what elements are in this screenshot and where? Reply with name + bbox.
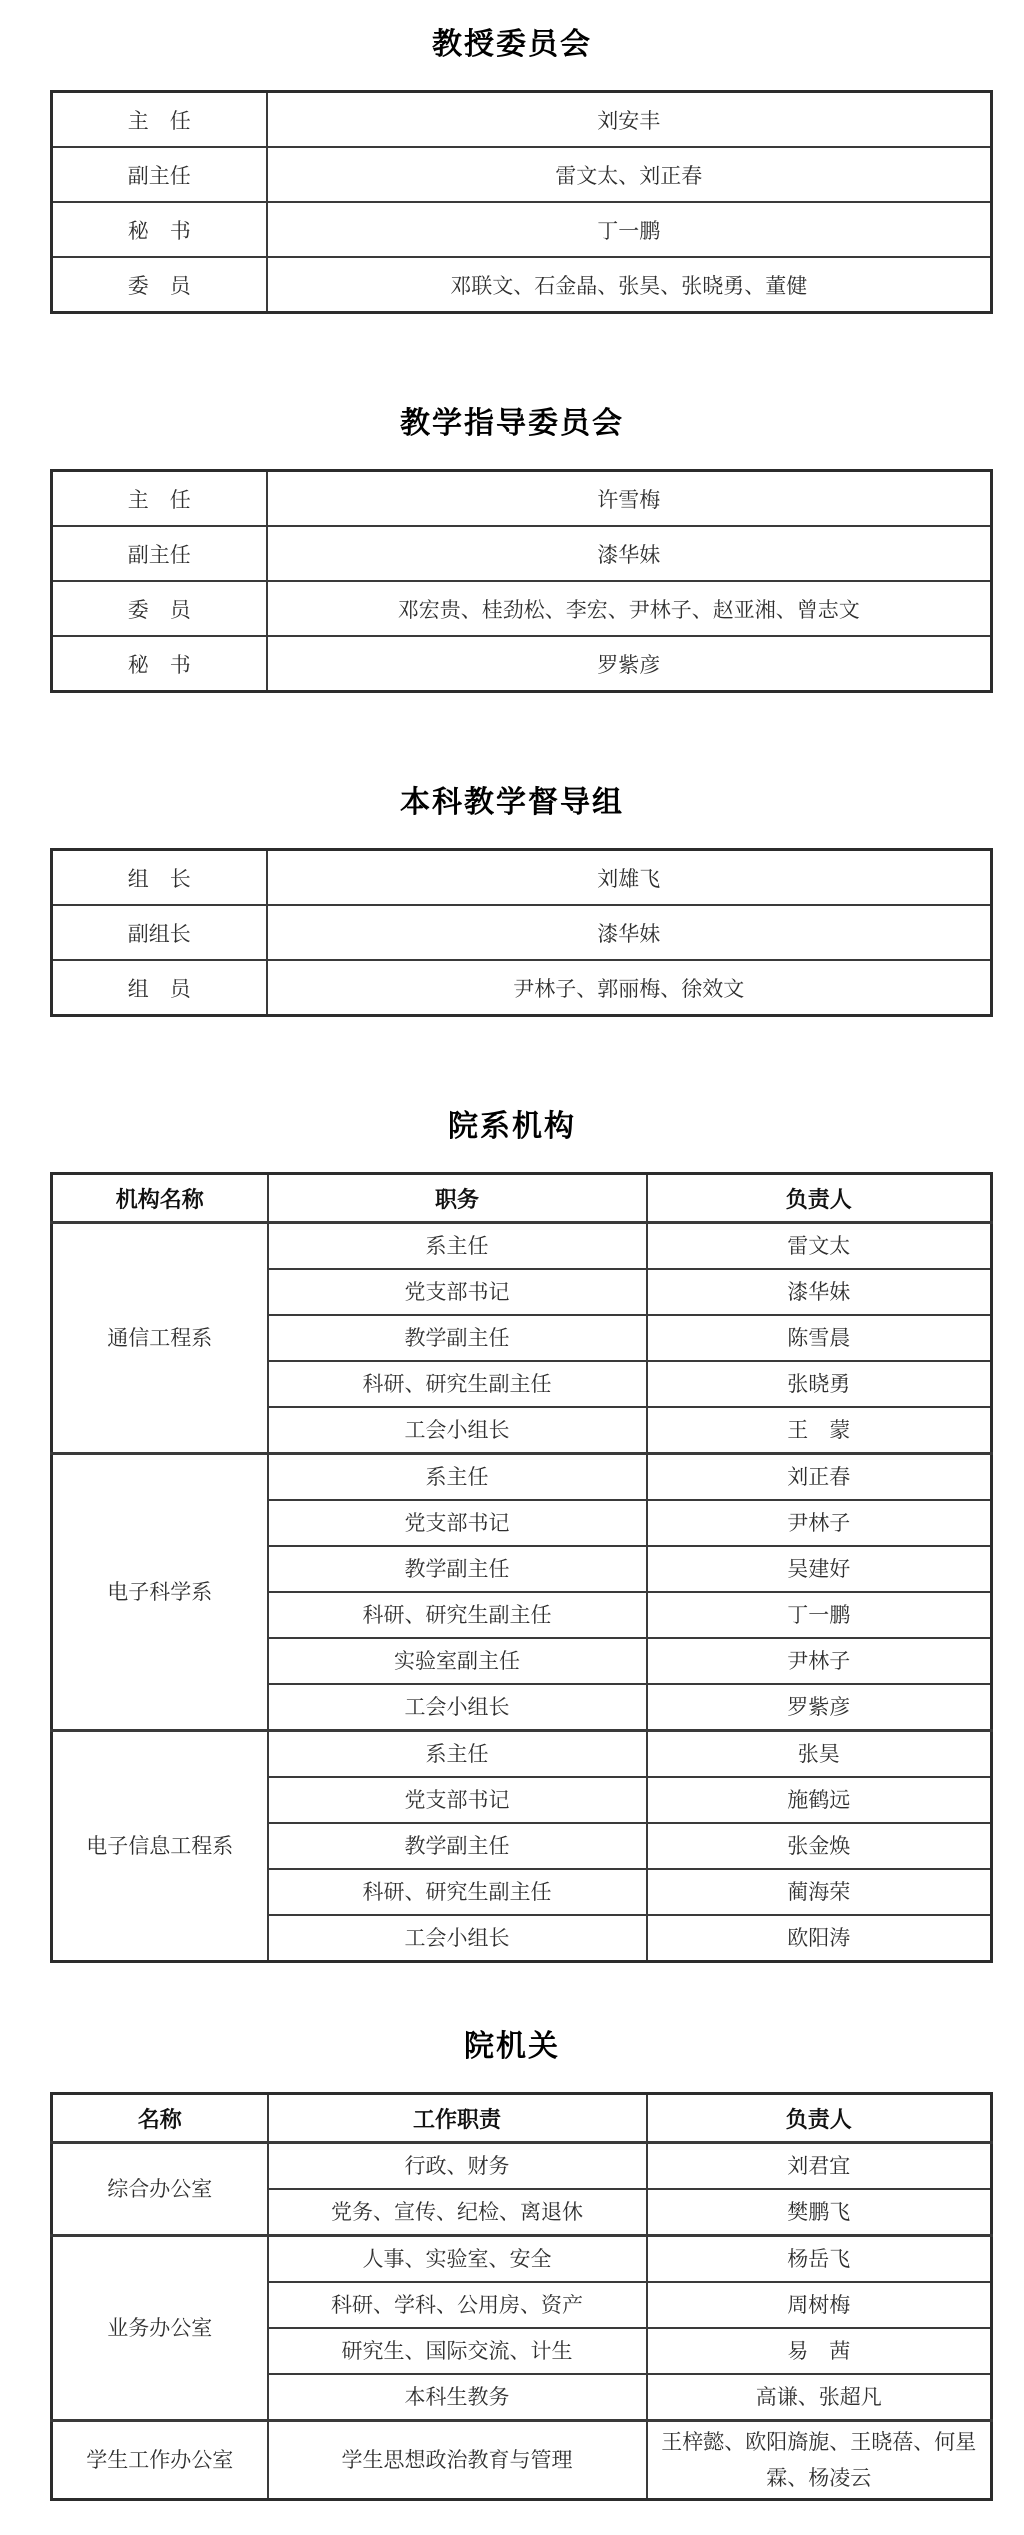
section-college-offices: 院机关名称工作职责负责人综合办公室行政、财务刘君宜党务、宣传、纪检、离退休樊鹏飞… <box>0 2029 1024 2501</box>
header-row: 名称工作职责负责人 <box>52 2094 992 2143</box>
org-structure-document: 教授委员会主 任刘安丰副主任雷文太、刘正春秘 书丁一鹏委 员邓联文、石金晶、张昊… <box>0 0 1024 2535</box>
row-value: 刘雄飞 <box>267 850 992 906</box>
department-organizations-table: 机构名称职务负责人通信工程系系主任雷文太党支部书记漆华妹教学副主任陈雪晨科研、研… <box>50 1172 993 1963</box>
person-cell: 尹林子 <box>647 1500 992 1546</box>
person-cell: 刘君宜 <box>647 2143 992 2190</box>
duty-cell: 工会小组长 <box>268 1684 647 1731</box>
row-value: 邓宏贵、桂劲松、李宏、尹林子、赵亚湘、曾志文 <box>267 581 992 636</box>
section-title-college-offices: 院机关 <box>0 2029 1024 2065</box>
duty-cell: 工会小组长 <box>268 1407 647 1454</box>
undergraduate-supervision-group-table: 组 长刘雄飞副组长漆华妹组 员尹林子、郭丽梅、徐效文 <box>50 848 993 1017</box>
person-cell: 张晓勇 <box>647 1361 992 1407</box>
person-cell: 周树梅 <box>647 2282 992 2328</box>
duty-cell: 科研、研究生副主任 <box>268 1592 647 1638</box>
duty-cell: 科研、研究生副主任 <box>268 1869 647 1915</box>
row-label: 组 员 <box>52 960 267 1016</box>
table-row: 学生工作办公室学生思想政治教育与管理王梓懿、欧阳旖旎、王晓蓓、何星霖、杨凌云 <box>52 2421 992 2500</box>
duty-cell: 系主任 <box>268 1223 647 1270</box>
section-department-organizations: 院系机构机构名称职务负责人通信工程系系主任雷文太党支部书记漆华妹教学副主任陈雪晨… <box>0 1109 1024 1963</box>
row-value: 雷文太、刘正春 <box>267 147 992 202</box>
org-name-cell: 业务办公室 <box>52 2236 268 2421</box>
header-row: 机构名称职务负责人 <box>52 1174 992 1223</box>
duty-cell: 科研、研究生副主任 <box>268 1361 647 1407</box>
row-value: 刘安丰 <box>267 92 992 148</box>
person-cell: 吴建好 <box>647 1546 992 1592</box>
duty-cell: 教学副主任 <box>268 1315 647 1361</box>
person-cell: 陈雪晨 <box>647 1315 992 1361</box>
section-title-undergraduate-supervision-group: 本科教学督导组 <box>0 785 1024 821</box>
row-label: 主 任 <box>52 92 267 148</box>
section-undergraduate-supervision-group: 本科教学督导组组 长刘雄飞副组长漆华妹组 员尹林子、郭丽梅、徐效文 <box>0 785 1024 1017</box>
section-teaching-guidance-committee: 教学指导委员会主 任许雪梅副主任漆华妹委 员邓宏贵、桂劲松、李宏、尹林子、赵亚湘… <box>0 406 1024 693</box>
column-header: 负责人 <box>647 2094 992 2143</box>
row-label: 秘 书 <box>52 202 267 257</box>
teaching-guidance-committee-table: 主 任许雪梅副主任漆华妹委 员邓宏贵、桂劲松、李宏、尹林子、赵亚湘、曾志文秘 书… <box>50 469 993 693</box>
duty-cell: 党支部书记 <box>268 1777 647 1823</box>
org-name-cell: 综合办公室 <box>52 2143 268 2236</box>
person-cell: 张金焕 <box>647 1823 992 1869</box>
row-value: 丁一鹏 <box>267 202 992 257</box>
person-cell: 罗紫彦 <box>647 1684 992 1731</box>
row-value: 尹林子、郭丽梅、徐效文 <box>267 960 992 1016</box>
duty-cell: 本科生教务 <box>268 2374 647 2421</box>
table-row: 电子科学系系主任刘正春 <box>52 1454 992 1501</box>
duty-cell: 学生思想政治教育与管理 <box>268 2421 647 2500</box>
org-name-cell: 电子科学系 <box>52 1454 268 1731</box>
table-row: 主 任许雪梅 <box>52 471 992 527</box>
duty-cell: 教学副主任 <box>268 1823 647 1869</box>
table-row: 副主任漆华妹 <box>52 526 992 581</box>
duty-cell: 人事、实验室、安全 <box>268 2236 647 2283</box>
duty-cell: 党支部书记 <box>268 1500 647 1546</box>
row-label: 组 长 <box>52 850 267 906</box>
org-name-cell: 电子信息工程系 <box>52 1731 268 1962</box>
org-name-cell: 学生工作办公室 <box>52 2421 268 2500</box>
duty-cell: 教学副主任 <box>268 1546 647 1592</box>
person-cell: 丁一鹏 <box>647 1592 992 1638</box>
row-label: 副主任 <box>52 147 267 202</box>
row-value: 许雪梅 <box>267 471 992 527</box>
row-value: 邓联文、石金晶、张昊、张晓勇、董健 <box>267 257 992 313</box>
person-cell: 欧阳涛 <box>647 1915 992 1962</box>
table-row: 电子信息工程系系主任张昊 <box>52 1731 992 1778</box>
duty-cell: 系主任 <box>268 1731 647 1778</box>
duty-cell: 科研、学科、公用房、资产 <box>268 2282 647 2328</box>
duty-cell: 实验室副主任 <box>268 1638 647 1684</box>
person-cell: 刘正春 <box>647 1454 992 1501</box>
table-row: 综合办公室行政、财务刘君宜 <box>52 2143 992 2190</box>
table-row: 主 任刘安丰 <box>52 92 992 148</box>
section-title-professor-committee: 教授委员会 <box>0 27 1024 63</box>
table-row: 副主任雷文太、刘正春 <box>52 147 992 202</box>
person-cell: 杨岳飞 <box>647 2236 992 2283</box>
row-label: 副主任 <box>52 526 267 581</box>
college-offices-table: 名称工作职责负责人综合办公室行政、财务刘君宜党务、宣传、纪检、离退休樊鹏飞业务办… <box>50 2092 993 2501</box>
column-header: 工作职责 <box>268 2094 647 2143</box>
person-cell: 王梓懿、欧阳旖旎、王晓蓓、何星霖、杨凌云 <box>647 2421 992 2500</box>
row-label: 主 任 <box>52 471 267 527</box>
table-row: 委 员邓宏贵、桂劲松、李宏、尹林子、赵亚湘、曾志文 <box>52 581 992 636</box>
section-professor-committee: 教授委员会主 任刘安丰副主任雷文太、刘正春秘 书丁一鹏委 员邓联文、石金晶、张昊… <box>0 27 1024 314</box>
row-label: 秘 书 <box>52 636 267 692</box>
row-label: 委 员 <box>52 257 267 313</box>
duty-cell: 工会小组长 <box>268 1915 647 1962</box>
org-name-cell: 通信工程系 <box>52 1223 268 1454</box>
person-cell: 易 茜 <box>647 2328 992 2374</box>
table-row: 秘 书丁一鹏 <box>52 202 992 257</box>
person-cell: 樊鹏飞 <box>647 2189 992 2236</box>
table-row: 副组长漆华妹 <box>52 905 992 960</box>
row-value: 漆华妹 <box>267 905 992 960</box>
duty-cell: 研究生、国际交流、计生 <box>268 2328 647 2374</box>
row-label: 副组长 <box>52 905 267 960</box>
table-row: 组 长刘雄飞 <box>52 850 992 906</box>
section-title-department-organizations: 院系机构 <box>0 1109 1024 1145</box>
table-row: 通信工程系系主任雷文太 <box>52 1223 992 1270</box>
column-header: 名称 <box>52 2094 268 2143</box>
person-cell: 施鹤远 <box>647 1777 992 1823</box>
table-row: 秘 书罗紫彦 <box>52 636 992 692</box>
person-cell: 王 蒙 <box>647 1407 992 1454</box>
duty-cell: 行政、财务 <box>268 2143 647 2190</box>
column-header: 职务 <box>268 1174 647 1223</box>
person-cell: 高谦、张超凡 <box>647 2374 992 2421</box>
duty-cell: 党支部书记 <box>268 1269 647 1315</box>
table-row: 委 员邓联文、石金晶、张昊、张晓勇、董健 <box>52 257 992 313</box>
column-header: 负责人 <box>647 1174 992 1223</box>
row-value: 漆华妹 <box>267 526 992 581</box>
person-cell: 雷文太 <box>647 1223 992 1270</box>
row-label: 委 员 <box>52 581 267 636</box>
person-cell: 张昊 <box>647 1731 992 1778</box>
person-cell: 尹林子 <box>647 1638 992 1684</box>
professor-committee-table: 主 任刘安丰副主任雷文太、刘正春秘 书丁一鹏委 员邓联文、石金晶、张昊、张晓勇、… <box>50 90 993 314</box>
person-cell: 蔺海荣 <box>647 1869 992 1915</box>
row-value: 罗紫彦 <box>267 636 992 692</box>
column-header: 机构名称 <box>52 1174 268 1223</box>
table-row: 组 员尹林子、郭丽梅、徐效文 <box>52 960 992 1016</box>
duty-cell: 系主任 <box>268 1454 647 1501</box>
duty-cell: 党务、宣传、纪检、离退休 <box>268 2189 647 2236</box>
person-cell: 漆华妹 <box>647 1269 992 1315</box>
section-title-teaching-guidance-committee: 教学指导委员会 <box>0 406 1024 442</box>
table-row: 业务办公室人事、实验室、安全杨岳飞 <box>52 2236 992 2283</box>
